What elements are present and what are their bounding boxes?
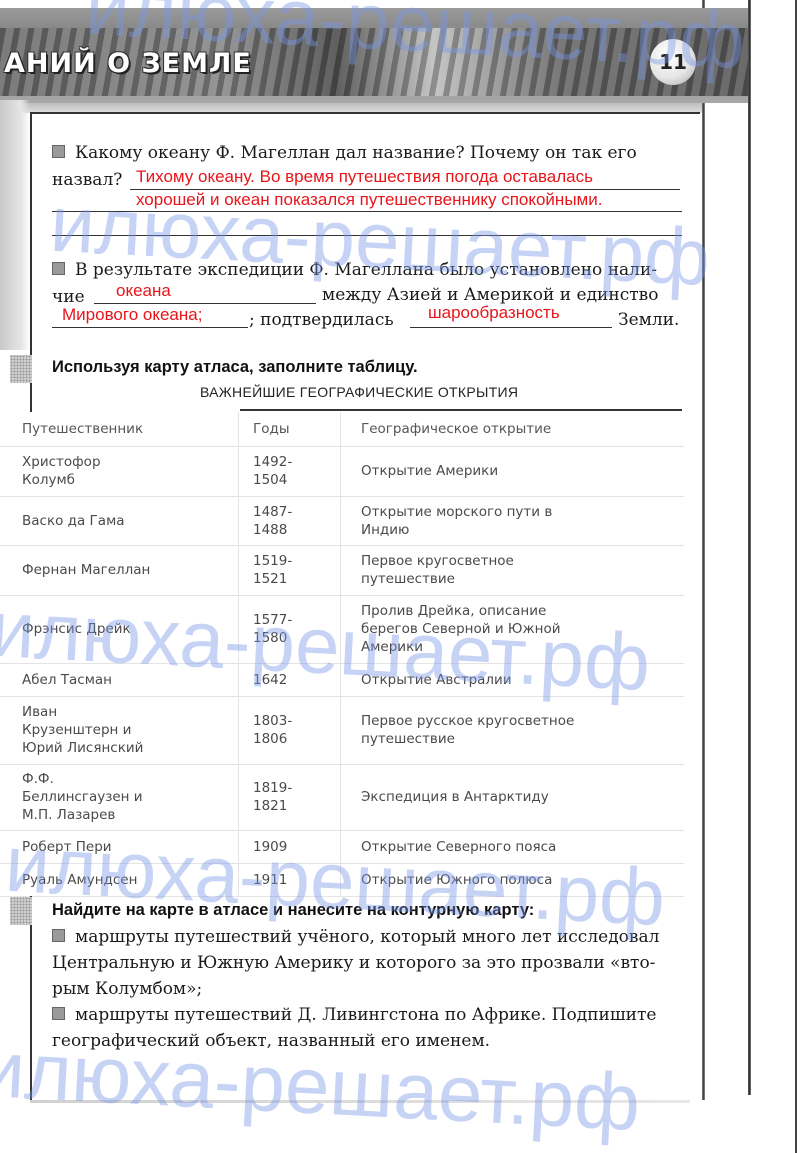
question-1-line1: Какому океану Ф. Магеллан дал название? … — [52, 142, 637, 164]
cell-discovery: Пролив Дрейка, описание берегов Северной… — [340, 595, 701, 663]
answer-underline — [52, 327, 248, 328]
square-bullet-icon — [52, 929, 65, 942]
map-task-1-line3: рым Колумбом»; — [52, 976, 692, 1002]
page-bottom-edge — [30, 1100, 690, 1103]
map-task-1-line1: маршруты путешествий учёного, который мн… — [52, 924, 692, 950]
map-task-2-line1: маршруты путешествий Д. Ливингстона по А… — [52, 1002, 692, 1028]
cell-discovery: Открытие Америки — [340, 446, 701, 496]
map-task-2-line2: географический объект, названный его име… — [52, 1028, 692, 1054]
square-bullet-icon — [52, 145, 65, 158]
cell-years: 1803- 1806 — [238, 696, 343, 764]
page-number-badge: 11 — [650, 39, 696, 85]
map-task-2: маршруты путешествий Д. Ливингстона по А… — [52, 1002, 692, 1054]
map-task-1-line2: Центральную и Южную Америку и которого з… — [52, 950, 692, 976]
square-bullet-icon — [52, 1007, 65, 1020]
banner-side-shadow — [0, 100, 30, 350]
cell-traveler: Фернан Магеллан — [22, 545, 227, 595]
question-2-text: В результате экспедиции Ф. Магеллана был… — [75, 260, 657, 280]
cell-years: 1819- 1821 — [238, 764, 343, 830]
cell-traveler: Роберт Пери — [22, 830, 227, 863]
questions-box: Какому океану Ф. Магеллан дал название? … — [30, 112, 700, 346]
cell-years: 1909 — [238, 830, 343, 863]
cell-discovery: Экспедиция в Антарктиду — [340, 764, 701, 830]
answer-underline — [52, 235, 682, 236]
question-1-text: Какому океану Ф. Магеллан дал название? … — [75, 143, 637, 163]
cell-discovery: Первое русское кругосветное путешествие — [340, 696, 701, 764]
table-row: Ф.Ф. Беллинсгаузен и М.П. Лазарев 1819- … — [0, 764, 684, 831]
header-banner: АНИЙ О ЗЕМЛЕ 11 — [0, 8, 748, 103]
answer-1-line1: Тихому океану. Во время путешествия пого… — [136, 167, 593, 187]
column-header-years: Годы — [238, 412, 343, 446]
cell-traveler: Христофор Колумб — [22, 446, 227, 496]
cell-traveler: Ф.Ф. Беллинсгаузен и М.П. Лазарев — [22, 764, 227, 830]
table-row: Васко да Гама 1487- 1488 Открытие морско… — [0, 496, 684, 546]
question-1-prefix: назвал? — [52, 169, 122, 191]
table-caption: ВАЖНЕЙШИЕ ГЕОГРАФИЧЕСКИЕ ОТКРЫТИЯ — [200, 384, 518, 400]
table-row: Христофор Колумб 1492- 1504 Открытие Аме… — [0, 446, 684, 497]
section-marker — [10, 355, 32, 383]
table-row: Роберт Пери 1909 Открытие Северного пояс… — [0, 830, 684, 864]
answer-underline — [94, 303, 316, 304]
table-row: Фернан Магеллан 1519- 1521 Первое кругос… — [0, 545, 684, 596]
answer-2-world-ocean: Мирового океана; — [62, 305, 202, 325]
cell-years: 1487- 1488 — [238, 496, 343, 545]
cell-discovery: Открытие Северного пояса — [340, 830, 701, 863]
question-2-middle: ; подтвердилась — [249, 309, 394, 331]
section-marker — [10, 897, 32, 925]
cell-discovery: Открытие Австралии — [340, 663, 701, 696]
answer-underline — [52, 211, 682, 212]
chapter-title: АНИЙ О ЗЕМЛЕ — [4, 48, 252, 79]
table-instruction: Используя карту атласа, заполните таблиц… — [52, 358, 418, 377]
cell-traveler: Фрэнсис Дрейк — [22, 595, 227, 663]
question-2-end: Земли. — [618, 309, 679, 331]
caption-rule — [240, 409, 682, 411]
page-frame-line — [795, 0, 797, 1153]
cell-years: 1642 — [238, 663, 343, 696]
cell-discovery: Открытие морского пути в Индию — [340, 496, 701, 545]
cell-traveler: Руаль Амундсен — [22, 863, 227, 896]
table-row: Фрэнсис Дрейк 1577- 1580 Пролив Дрейка, … — [0, 595, 684, 664]
cell-traveler: Абел Тасман — [22, 663, 227, 696]
cell-discovery: Первое кругосветное путешествие — [340, 545, 701, 595]
cell-traveler: Васко да Гама — [22, 496, 227, 545]
square-bullet-icon — [52, 262, 65, 275]
cell-traveler: Иван Крузенштерн и Юрий Лисянский — [22, 696, 227, 764]
answer-2-ocean: океана — [116, 281, 171, 301]
column-header-discovery: Географическое открытие — [340, 412, 701, 446]
map-instruction: Найдите на карте в атласе и нанесите на … — [52, 901, 534, 920]
cell-years: 1911 — [238, 863, 343, 896]
answer-2-sphericity: шарообразность — [428, 303, 560, 323]
table-header-row: Путешественник Годы Географическое откры… — [0, 412, 684, 447]
answer-underline — [410, 327, 612, 328]
cell-years: 1492- 1504 — [238, 446, 343, 496]
column-header-traveler: Путешественник — [22, 412, 227, 446]
table-row: Иван Крузенштерн и Юрий Лисянский 1803- … — [0, 696, 684, 765]
answer-1-line2: хорошей и океан показался путешественник… — [136, 190, 602, 210]
table-row: Руаль Амундсен 1911 Открытие Южного полю… — [0, 863, 684, 897]
cell-years: 1519- 1521 — [238, 545, 343, 595]
page-frame-line — [748, 0, 751, 1095]
map-task-1: маршруты путешествий учёного, который мн… — [52, 924, 692, 1002]
cell-years: 1577- 1580 — [238, 595, 343, 663]
table-row: Абел Тасман 1642 Открытие Австралии — [0, 663, 684, 697]
cell-discovery: Открытие Южного полюса — [340, 863, 701, 896]
question-2-line1: В результате экспедиции Ф. Магеллана был… — [52, 259, 657, 281]
